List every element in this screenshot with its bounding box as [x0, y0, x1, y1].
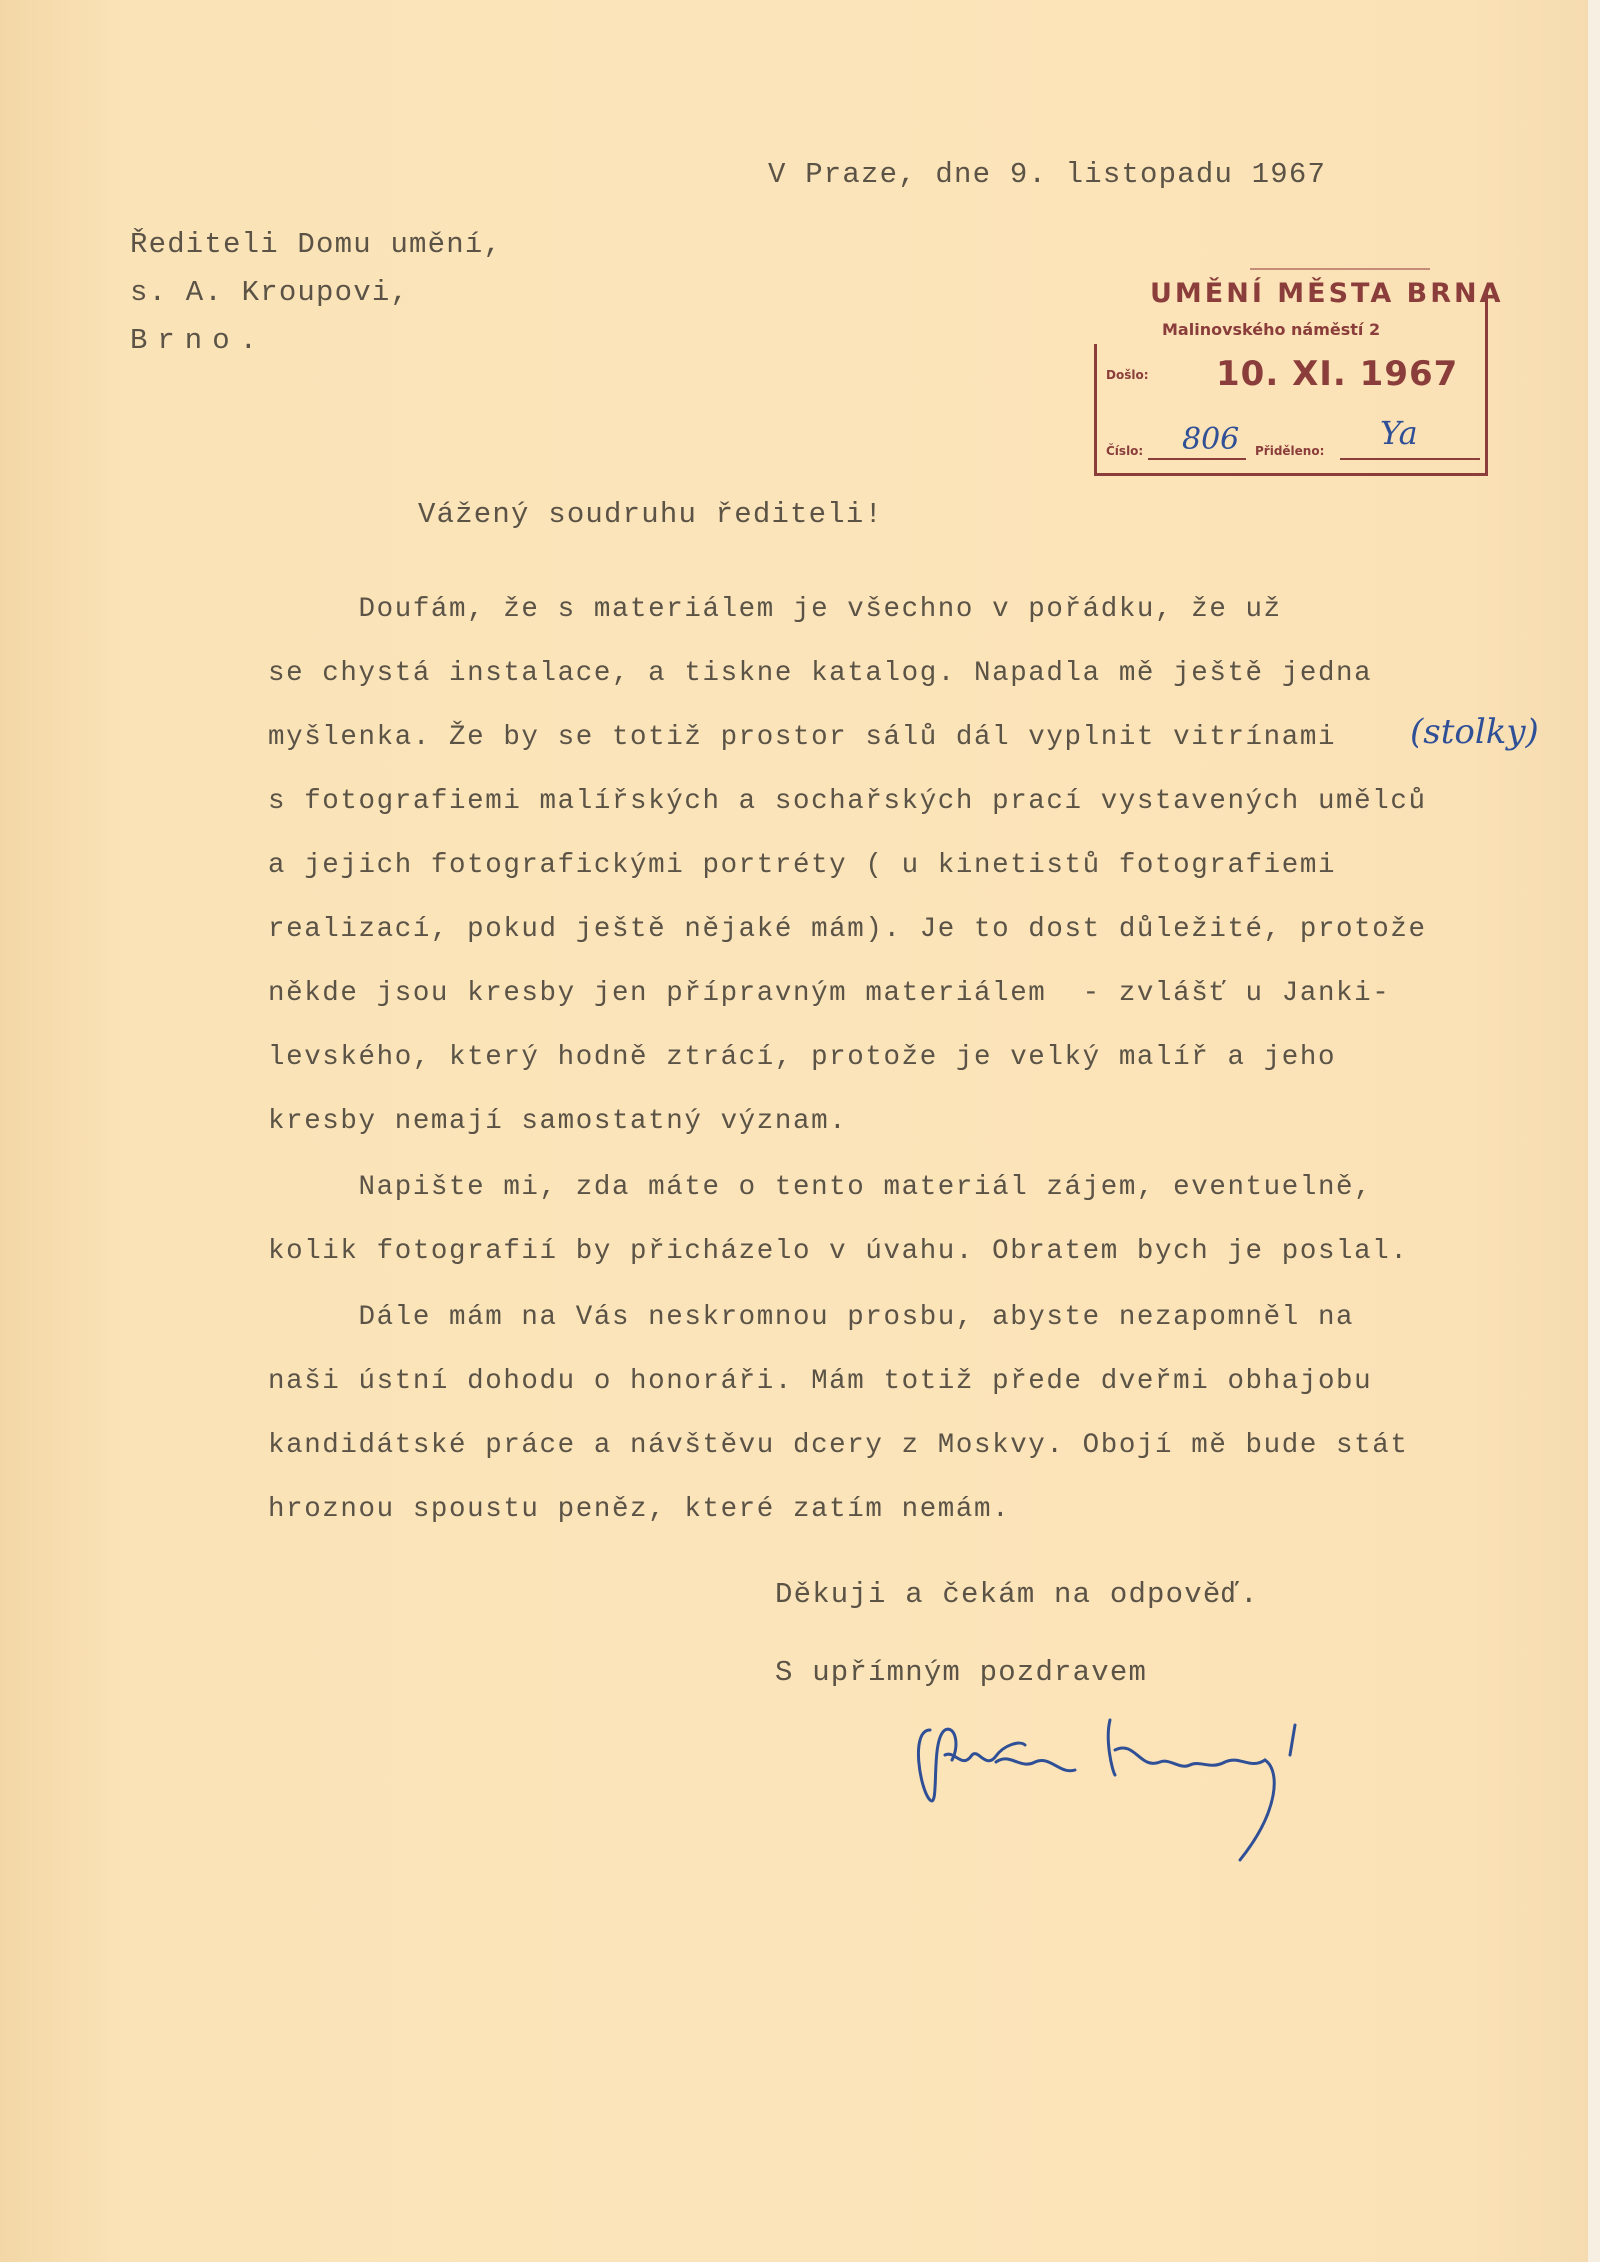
- stamp-number-value: 806: [1182, 422, 1239, 457]
- body-line: kandidátské práce a návštěvu dcery z Mos…: [268, 1432, 1408, 1460]
- body-line: kolik fotografií by přicházelo v úvahu. …: [268, 1238, 1408, 1266]
- body-line: hroznou spoustu peněz, které zatím nemám…: [268, 1496, 1010, 1524]
- body-line: myšlenka. Že by se totiž prostor sálů dá…: [268, 724, 1336, 752]
- place-date: V Praze, dne 9. listopadu 1967: [768, 160, 1326, 189]
- closing-thanks: Děkuji a čekám na odpověď.: [775, 1580, 1259, 1609]
- recipient-line-3: Brno.: [130, 326, 267, 355]
- recipient-line-2: s. A. Kroupovi,: [130, 278, 409, 307]
- stamp-frame-left: [1094, 344, 1097, 474]
- body-line: někde jsou kresby jen přípravným materiá…: [268, 980, 1390, 1008]
- salutation: Vážený soudruhu řediteli!: [418, 500, 883, 529]
- body-line: Doufám, že s materiálem je všechno v poř…: [268, 596, 1282, 624]
- signature-icon: [900, 1700, 1360, 1880]
- stamp-address: Malinovského náměstí 2: [1162, 320, 1380, 339]
- body-line: se chystá instalace, a tiskne katalog. N…: [268, 660, 1372, 688]
- stamp-frame-right: [1485, 290, 1488, 474]
- body-line: kresby nemají samostatný význam.: [268, 1108, 847, 1136]
- body-line: levského, který hodně ztrácí, protože je…: [268, 1044, 1336, 1072]
- handwritten-margin-note: (stolky): [1410, 712, 1539, 752]
- closing-regards: S upřímným pozdravem: [775, 1658, 1147, 1687]
- stamp-frame-bottom: [1094, 473, 1488, 476]
- body-line: Dále mám na Vás neskromnou prosbu, abyst…: [268, 1304, 1354, 1332]
- stamp-assigned-value: Ya: [1380, 414, 1418, 452]
- stamp-number-label: Číslo:: [1106, 444, 1143, 458]
- body-line: Napište mi, zda máte o tento materiál zá…: [268, 1174, 1372, 1202]
- stamp-top-line: [1250, 268, 1430, 270]
- stamp-received-label: Došlo:: [1106, 368, 1149, 382]
- body-line: naši ústní dohodu o honoráři. Mám totiž …: [268, 1368, 1372, 1396]
- stamp-assigned-label: Přiděleno:: [1255, 444, 1324, 458]
- stamp-title: UMĚNÍ MĚSTA BRNA: [1150, 278, 1504, 309]
- recipient-line-1: Řediteli Domu umění,: [130, 230, 502, 259]
- stamp-received-date: 10. XI. 1967: [1216, 354, 1458, 394]
- received-stamp: UMĚNÍ MĚSTA BRNA Malinovského náměstí 2 …: [1090, 262, 1490, 480]
- stamp-number-underline: [1148, 458, 1246, 460]
- body-line: s fotografiemi malířských a sochařských …: [268, 788, 1427, 816]
- body-line: realizací, pokud ještě nějaké mám). Je t…: [268, 916, 1427, 944]
- body-line: a jejich fotografickými portréty ( u kin…: [268, 852, 1336, 880]
- stamp-assigned-underline: [1340, 458, 1480, 460]
- paper-edge: [1588, 0, 1600, 2262]
- handwritten-signature: Jiří Kroupa (handwritten signature): [900, 1700, 1360, 1880]
